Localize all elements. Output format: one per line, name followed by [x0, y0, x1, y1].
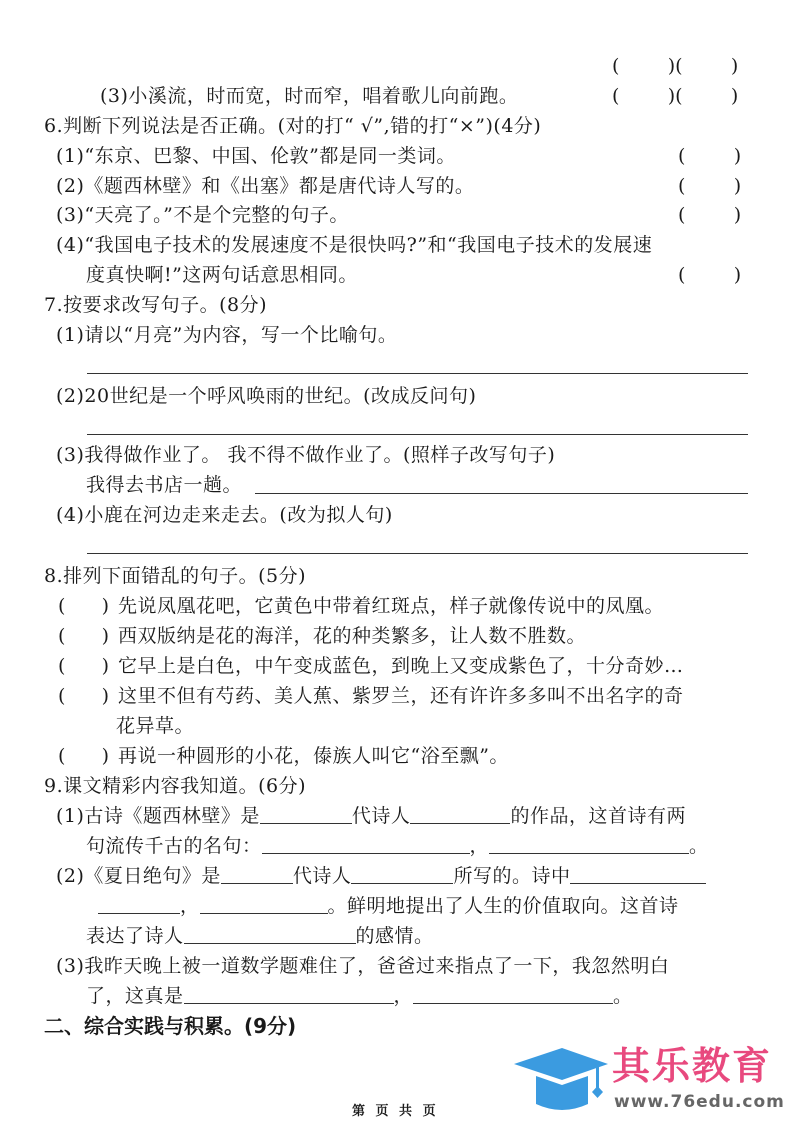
q6-item-4-cont: 度真快啊!”这两句话意思相同。	[86, 263, 358, 287]
brand-url[interactable]: www.76edu.com	[614, 1092, 785, 1112]
q5-item3-text: (3)小溪流，时而宽，时而窄，唱着歌儿向前跑。	[100, 84, 518, 108]
q7-item-4: (4)小鹿在河边走来走去。(改为拟人句)	[56, 503, 393, 527]
q6-item-3-answer[interactable]: ( )	[678, 203, 741, 227]
q9-item-2-line-2: ，。鲜明地提出了人生的价值取向。这首诗	[98, 894, 679, 918]
q7-item-1: (1)请以“月亮”为内容，写一个比喻句。	[56, 323, 397, 347]
q9-item1-blank-dynasty[interactable]	[260, 805, 352, 824]
q9-item1-blank-poet[interactable]	[410, 805, 510, 824]
q6-item-1-answer[interactable]: ( )	[678, 144, 741, 168]
q9-item-2-line-1: (2)《夏日绝句》是代诗人所写的。诗中	[56, 864, 706, 888]
q6-item-4-answer[interactable]: ( )	[678, 263, 741, 287]
q7-item-3-answer-line[interactable]	[255, 493, 748, 494]
q7-item-3: (3)我得做作业了。 我不得不做作业了。(照样子改写句子)	[56, 443, 555, 467]
q9-item-2-line-3: 表达了诗人的感情。	[86, 924, 434, 948]
page-footer: 第 页 共 页	[352, 1100, 439, 1119]
q7-item-4-answer-line[interactable]	[87, 553, 748, 554]
q8-item-4-cont: 花异草。	[116, 714, 194, 738]
q9-item2-c: 所写的。诗中	[453, 865, 570, 887]
q9-item2-a: (2)《夏日绝句》是	[56, 865, 221, 887]
q9-item2-blank-verse-1a[interactable]	[570, 865, 706, 884]
q8-item-3: 它早上是白色，中午变成蓝色，到晚上又变成紫色了，十分奇妙…	[118, 654, 684, 678]
q9-item1-c: 的作品，这首诗有两	[510, 805, 686, 827]
q9-item3-blank-idiom-2[interactable]	[413, 985, 613, 1004]
graduation-cap-icon	[510, 1042, 610, 1114]
q8-item-4-order[interactable]: ( )	[58, 684, 109, 708]
q8-title: 8.排列下面错乱的句子。(5分)	[44, 564, 306, 588]
q9-item3-c: ，	[394, 985, 414, 1007]
q9-item2-d: ，	[180, 895, 200, 917]
q9-title: 9.课文精彩内容我知道。(6分)	[44, 774, 306, 798]
q9-item3-blank-idiom-1[interactable]	[184, 985, 394, 1004]
q9-item2-blank-feeling[interactable]	[184, 925, 356, 944]
q9-item1-a: (1)古诗《题西林壁》是	[56, 805, 260, 827]
q9-item1-blank-verse-1[interactable]	[262, 835, 470, 854]
q7-item-1-answer-line[interactable]	[87, 373, 748, 374]
q9-item-3-line-2: 了，这真是，。	[86, 984, 633, 1008]
q9-item1-f: 。	[689, 835, 709, 857]
q8-item-5-order[interactable]: ( )	[58, 744, 109, 768]
q9-item1-b: 代诗人	[352, 805, 411, 827]
q8-item-3-order[interactable]: ( )	[58, 654, 109, 678]
q5-item3-parens[interactable]: ( )( )	[612, 84, 738, 108]
q8-item-1-order[interactable]: ( )	[58, 594, 109, 618]
q7-title: 7.按要求改写句子。(8分)	[44, 293, 267, 317]
q9-item2-f: 表达了诗人	[86, 925, 184, 947]
q7-item-2: (2)20世纪是一个呼风唤雨的世纪。(改成反问句)	[56, 384, 476, 408]
q9-item2-blank-poet[interactable]	[351, 865, 453, 884]
q9-item-1-line-1: (1)古诗《题西林壁》是代诗人的作品，这首诗有两	[56, 804, 686, 828]
q8-item-1: 先说凤凰花吧，它黄色中带着红斑点，样子就像传说中的凤凰。	[118, 594, 664, 618]
section-2-title: 二、综合实践与积累。(9分)	[44, 1013, 296, 1039]
q8-item-2: 西双版纳是花的海洋，花的种类繁多，让人数不胜数。	[118, 624, 586, 648]
q9-item-3-line-1: (3)我昨天晚上被一道数学题难住了，爸爸过来指点了一下，我忽然明白	[56, 954, 669, 978]
q6-item-3: (3)“天亮了。”不是个完整的句子。	[56, 203, 349, 227]
q9-item2-blank-verse-2[interactable]	[200, 895, 328, 914]
q6-item-1: (1)“东京、巴黎、中国、伦敦”都是同一类词。	[56, 144, 456, 168]
q8-item-2-order[interactable]: ( )	[58, 624, 109, 648]
q7-item-3-cont: 我得去书店一趟。	[86, 473, 242, 497]
q6-item-2: (2)《题西林壁》和《出塞》都是唐代诗人写的。	[56, 174, 474, 198]
q6-title: 6.判断下列说法是否正确。(对的打“ √”,错的打“×”)(4分)	[44, 114, 541, 138]
q7-item-2-answer-line[interactable]	[87, 434, 748, 435]
q9-item1-d: 句流传千古的名句：	[86, 835, 262, 857]
q9-item-1-line-2: 句流传千古的名句：，。	[86, 834, 709, 858]
q8-item-4: 这里不但有芍药、美人蕉、紫罗兰，还有许许多多叫不出名字的奇	[118, 684, 684, 708]
q9-item2-b: 代诗人	[293, 865, 352, 887]
q9-item3-b: 了，这真是	[86, 985, 184, 1007]
q8-item-5: 再说一种圆形的小花，傣族人叫它“浴至飘”。	[118, 744, 509, 768]
q9-item1-blank-verse-2[interactable]	[489, 835, 689, 854]
q9-item2-g: 的感情。	[356, 925, 434, 947]
q6-item-2-answer[interactable]: ( )	[678, 174, 741, 198]
q9-item2-blank-dynasty[interactable]	[221, 865, 293, 884]
q9-item3-d: 。	[613, 985, 633, 1007]
q9-item1-e: ，	[470, 835, 490, 857]
brand-name: 其乐教育	[612, 1044, 772, 1088]
q6-item-4: (4)“我国电子技术的发展速度不是很快吗?”和“我国电子技术的发展速	[56, 233, 652, 257]
q5-prev-answer-parens[interactable]: ( )( )	[612, 54, 738, 78]
q9-item2-blank-verse-1b[interactable]	[98, 895, 180, 914]
q9-item2-e: 。鲜明地提出了人生的价值取向。这首诗	[328, 895, 679, 917]
